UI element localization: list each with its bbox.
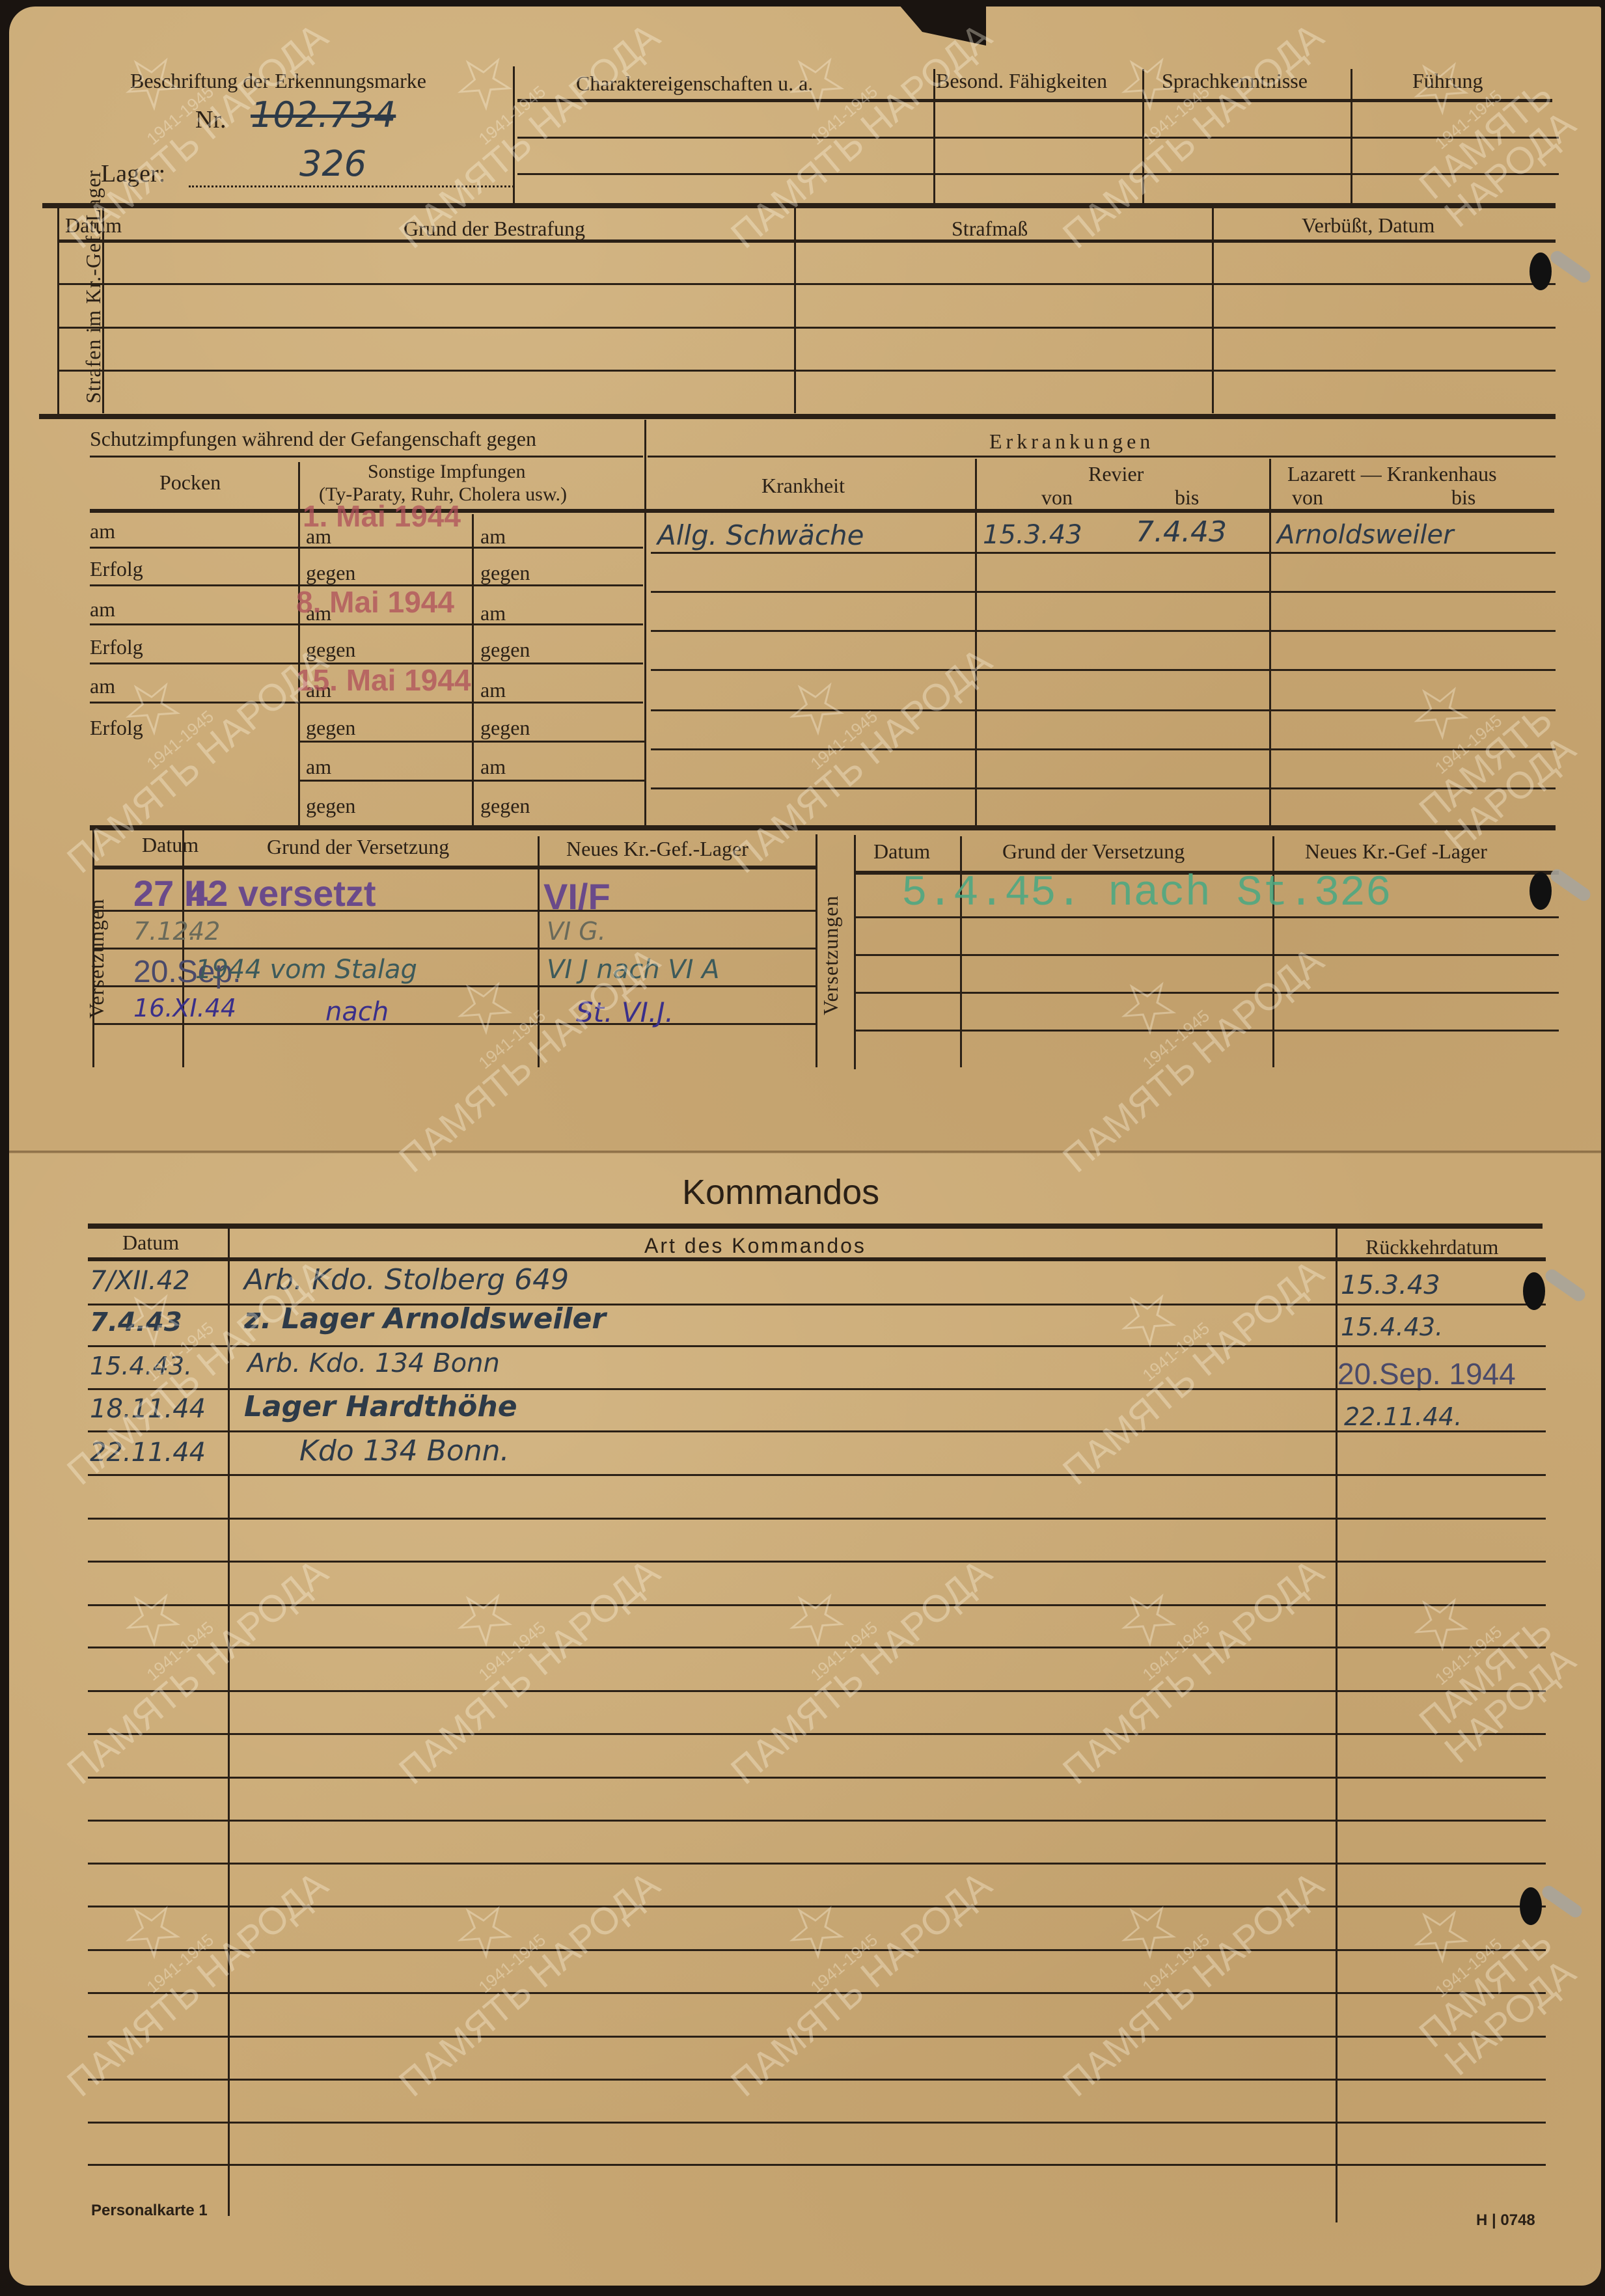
kommando-type: Lager Hardthöhe — [244, 1393, 517, 1421]
pocken-row: am — [90, 676, 115, 696]
other-vacc-cell: gegen — [306, 639, 355, 660]
row-rule — [88, 1518, 1546, 1520]
transfer-left-date: 7.12. — [133, 919, 197, 944]
punishments-header-served: Verbüßt, Datum — [1302, 215, 1434, 236]
other-vacc-cell: gegen — [480, 562, 530, 583]
other-vacc-cell: gegen — [480, 639, 530, 660]
section-rule — [39, 414, 1556, 419]
transfer-left-camp: VI G. — [547, 919, 606, 944]
illness-rule — [651, 787, 1556, 789]
transfer-left-reason: 1944 vom Stalag — [195, 957, 417, 983]
illness-disease-value: Allg. Schwäche — [657, 522, 864, 549]
pocken-row: am — [90, 599, 115, 620]
section-rule — [90, 825, 1556, 830]
row-rule — [88, 1733, 1546, 1735]
illnesses-revier-to: bis — [1175, 487, 1199, 508]
row-rule — [88, 2079, 1546, 2081]
transfers-right-header-date: Datum — [873, 841, 930, 862]
transfer-left-reason: 42 — [189, 919, 220, 944]
transfers-right-border — [854, 835, 856, 1069]
illness-rule — [651, 552, 1556, 554]
row-rule — [88, 1604, 1546, 1606]
kommando-type: Arb. Kdo. 134 Bonn — [247, 1350, 500, 1376]
traits-header-conduct: Führung — [1412, 70, 1483, 91]
traits-rule — [517, 99, 1552, 102]
transfer-left-date: 16.XI.44 — [133, 996, 236, 1020]
kommandos-divider — [228, 1227, 230, 2216]
row-rule — [88, 1820, 1546, 1822]
row-rule — [88, 1561, 1546, 1563]
kommandos-header-rule — [88, 1257, 1546, 1261]
row-rule — [88, 1647, 1546, 1648]
row-rule — [88, 1430, 1546, 1432]
traits-header-languages: Sprachkenntnisse — [1162, 70, 1308, 91]
punishments-row-rule — [59, 283, 1556, 285]
punishments-divider — [102, 208, 104, 413]
tag-title: Beschriftung der Erkennungsmarke — [130, 70, 426, 91]
other-vacc-cell: am — [480, 526, 506, 547]
lager-dotted-line — [189, 185, 514, 187]
transfers-left-header-reason: Grund der Versetzung — [267, 836, 449, 857]
binding-hole — [1520, 1887, 1542, 1925]
vaccination-stamp: 15. Mai 1944 — [296, 665, 471, 695]
vaccinations-title: Schutzimpfungen während der Gefangenscha… — [90, 428, 536, 449]
traits-divider — [933, 69, 935, 204]
transfers-left-header-camp: Neues Kr.-Gef.-Lager — [566, 838, 748, 859]
vaccinations-divider — [298, 462, 300, 827]
row-rule — [88, 1304, 1546, 1305]
vaccinations-col-pocken: Pocken — [159, 472, 221, 493]
kommando-date: 7/XII.42 — [90, 1268, 190, 1294]
punishments-header-rule — [59, 239, 1556, 243]
row-rule — [88, 2164, 1546, 2166]
kommando-date: 15.4.43. — [90, 1354, 192, 1378]
illness-rule — [651, 591, 1556, 593]
transfers-left-right-border — [816, 834, 817, 1067]
transfer-left-reason: 42 versetzt — [187, 875, 376, 912]
kommando-date: 7.4.43 — [90, 1309, 182, 1335]
punishments-divider — [794, 208, 796, 413]
nr-value: 102.734 — [251, 98, 396, 133]
lager-label: Lager: — [101, 161, 165, 186]
punishments-header-measure: Strafmaß — [952, 218, 1028, 239]
row-rule — [88, 2036, 1546, 2038]
transfers-right-side-label: Versetzungen — [819, 895, 843, 1015]
illness-rule — [651, 748, 1556, 750]
kommandos-header-return: Rückkehrdatum — [1365, 1237, 1498, 1257]
kommandos-top-rule — [88, 1223, 1543, 1229]
traits-divider — [1351, 69, 1352, 204]
row-rule — [88, 1992, 1546, 1994]
vacc-rule — [90, 547, 643, 549]
transfers-left-header-rule — [94, 866, 816, 869]
illness-revier-from-value: 15.3.43 — [983, 522, 1082, 548]
row-rule — [88, 1388, 1546, 1390]
traits-rule — [517, 137, 1559, 139]
transfer-rule — [856, 1030, 1559, 1032]
illnesses-hospital-from: von — [1292, 487, 1323, 508]
kommando-return-date: 15.4.43. — [1341, 1315, 1443, 1339]
kommando-type: Kdo 134 Bonn. — [299, 1437, 510, 1466]
transfer-rule — [856, 992, 1559, 994]
transfers-right-header-camp: Neues Kr.-Gef -Lager — [1305, 841, 1487, 862]
row-rule — [88, 1474, 1546, 1476]
transfer-right-stamp: 5.4.45. nach St.326 — [901, 872, 1392, 915]
pocken-row: am — [90, 521, 115, 541]
vaccinations-col-other: Sonstige Impfungen — [368, 462, 525, 482]
vaccinations-right-border — [644, 420, 646, 830]
kommandos-header-date: Datum — [122, 1232, 179, 1253]
row-rule — [88, 1863, 1546, 1865]
row-rule — [88, 2122, 1546, 2124]
kommandos-header-type: Art des Kommandos — [644, 1235, 866, 1256]
illnesses-col-hospital: Lazarett — Krankenhaus — [1287, 463, 1497, 484]
section-rule — [42, 203, 1556, 208]
binding-hole — [1523, 1272, 1545, 1310]
transfer-rule — [856, 954, 1559, 956]
row-rule — [88, 1345, 1546, 1347]
vacc-rule — [90, 623, 643, 625]
illness-rule — [651, 630, 1556, 632]
illnesses-divider — [1269, 459, 1271, 830]
punishments-row-rule — [59, 370, 1556, 372]
kommando-date: 18.11.44 — [90, 1396, 206, 1422]
tag-divider — [513, 66, 515, 204]
vacc-rule — [299, 780, 644, 782]
transfer-left-reason: nach — [325, 999, 389, 1025]
row-rule — [88, 1690, 1546, 1692]
other-vacc-cell: gegen — [306, 562, 355, 583]
illnesses-title: Erkrankungen — [989, 431, 1154, 452]
transfer-left-camp: VI/F — [543, 879, 610, 915]
other-vacc-cell: am — [306, 756, 331, 777]
transfers-left-side-label: Versetzungen — [85, 899, 109, 1018]
vaccination-stamp: 1. Mai 1944 — [303, 501, 461, 531]
transfers-left-divider — [538, 836, 540, 1067]
kommando-return-date: 20.Sep. 1944 — [1337, 1359, 1516, 1389]
pocken-row: Erfolg — [90, 636, 143, 657]
traits-header-skills: Besond. Fähigkeiten — [936, 70, 1107, 91]
vacc-rule — [299, 741, 644, 743]
transfer-rule — [94, 948, 816, 950]
illnesses-title-rule — [648, 456, 1556, 458]
other-vacc-cell: gegen — [480, 795, 530, 816]
kommando-type: z. Lager Arnoldsweiler — [244, 1305, 606, 1333]
illness-hospital-value: Arnoldsweiler — [1277, 522, 1454, 548]
illness-rule — [651, 709, 1556, 711]
traits-divider — [1142, 69, 1144, 204]
binding-hole — [1530, 253, 1552, 290]
row-rule — [88, 1949, 1546, 1951]
transfer-left-camp: VI J nach VI A — [547, 957, 720, 983]
transfer-left-camp: St. VI.J. — [576, 999, 674, 1026]
kommando-type: Arb. Kdo. Stolberg 649 — [244, 1266, 569, 1294]
other-vacc-cell: gegen — [306, 795, 355, 816]
illnesses-col-revier: Revier — [1088, 463, 1144, 484]
vaccination-stamp: 8. Mai 1944 — [296, 587, 454, 617]
other-vacc-cell: am — [480, 756, 506, 777]
other-vacc-cell: am — [480, 679, 506, 700]
pocken-row: Erfolg — [90, 558, 143, 579]
other-vacc-cell: gegen — [480, 717, 530, 738]
lager-value: 326 — [299, 146, 366, 182]
form-id-right: H | 0748 — [1476, 2213, 1535, 2228]
illness-revier-to-value: 7.4.43 — [1136, 518, 1227, 547]
kommando-return-date: 22.11.44. — [1344, 1404, 1462, 1429]
punishments-header-date: Datum — [65, 215, 122, 236]
pocken-row: Erfolg — [90, 717, 143, 738]
illness-rule — [651, 669, 1556, 671]
transfers-right-header-reason: Grund der Versetzung — [1002, 841, 1185, 862]
row-rule — [88, 1906, 1546, 1907]
other-vacc-cell: gegen — [306, 717, 355, 738]
traits-header-character: Charaktereigenschaften u. a. — [576, 73, 813, 94]
punishments-divider — [1212, 208, 1214, 413]
punishments-row-rule — [59, 327, 1556, 329]
vaccinations-title-rule — [90, 456, 643, 458]
form-id-left: Personalkarte 1 — [91, 2203, 208, 2219]
row-rule — [88, 1777, 1546, 1779]
vacc-rule — [90, 702, 643, 704]
other-vacc-cell: am — [480, 603, 506, 623]
nr-label: Nr. — [195, 107, 226, 132]
illnesses-col-disease: Krankheit — [761, 475, 845, 496]
kommando-return-date: 15.3.43 — [1341, 1272, 1440, 1298]
kommando-date: 22.11.44 — [90, 1440, 206, 1466]
traits-rule — [517, 173, 1559, 175]
kommandos-title: Kommandos — [682, 1175, 879, 1210]
illnesses-revier-from: von — [1041, 487, 1073, 508]
illnesses-divider — [975, 459, 977, 830]
transfers-left-header-date: Datum — [142, 834, 199, 855]
binding-hole — [1530, 872, 1552, 910]
illnesses-hospital-to: bis — [1451, 487, 1475, 508]
transfer-rule — [94, 1023, 816, 1025]
punishments-header-reason: Grund der Bestrafung — [404, 218, 585, 239]
